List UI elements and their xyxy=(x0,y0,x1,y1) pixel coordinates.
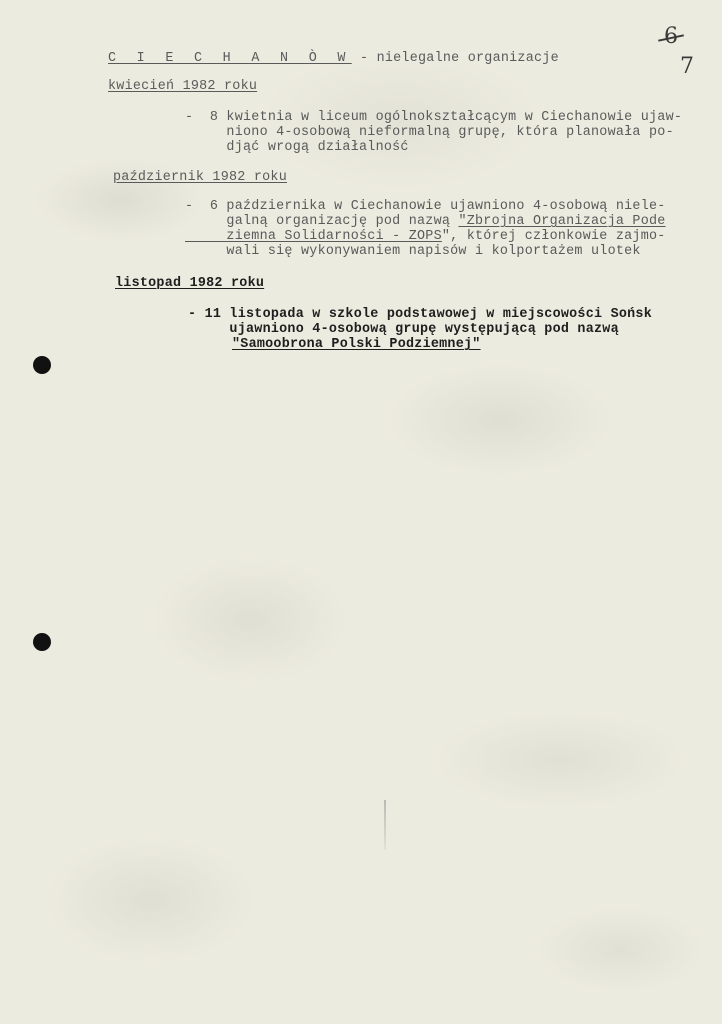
entry-april-line-2: niono 4-osobową nieformalną grupę, która… xyxy=(185,125,674,140)
document-title: C I E C H A N Ò W - nielegalne organizac… xyxy=(108,51,559,66)
entry-april-line-3: djąć wrogą działalność xyxy=(185,140,409,155)
handwritten-old-page-number: 6 xyxy=(664,24,678,49)
section-heading-october: październik 1982 roku xyxy=(113,170,287,185)
title-subtitle: - nielegalne organizacje xyxy=(352,51,559,66)
organization-name-zops-part-2: ziemna Solidarności - ZOPS xyxy=(185,229,442,244)
paper-crease xyxy=(384,800,386,850)
entry-november-line-1: - 11 listopada w szkole podstawowej w mi… xyxy=(188,307,652,322)
document-page: 6 7 C I E C H A N Ò W - nielegalne organ… xyxy=(0,0,722,1024)
city-name: C I E C H A N Ò W xyxy=(108,51,352,66)
entry-october-line-3-text: ", której członkowie zajmo- xyxy=(442,229,666,244)
entry-october-line-2-text: galną organizację pod nazwą xyxy=(185,214,458,229)
organization-name-zops-part-1: "Zbrojna Organizacja Pode xyxy=(458,214,665,229)
section-heading-april: kwiecień 1982 roku xyxy=(108,79,257,94)
entry-october-line-3: ziemna Solidarności - ZOPS", której czło… xyxy=(185,229,666,244)
entry-november-line-2: ujawniono 4-osobową grupę występującą po… xyxy=(188,322,619,337)
entry-april-line-1: - 8 kwietnia w liceum ogólnokształcącym … xyxy=(185,110,682,125)
entry-october-line-2: galną organizację pod nazwą "Zbrojna Org… xyxy=(185,214,666,229)
handwritten-page-number: 7 xyxy=(680,54,694,79)
organization-name-spp: "Samoobrona Polski Podziemnej" xyxy=(232,337,481,352)
entry-october-line-4: wali się wykonywaniem napisów i kolporta… xyxy=(185,244,641,259)
punch-hole-top xyxy=(33,356,51,374)
section-heading-november: listopad 1982 roku xyxy=(115,276,264,291)
entry-october-line-1: - 6 października w Ciechanowie ujawniono… xyxy=(185,199,666,214)
punch-hole-bottom xyxy=(33,633,51,651)
